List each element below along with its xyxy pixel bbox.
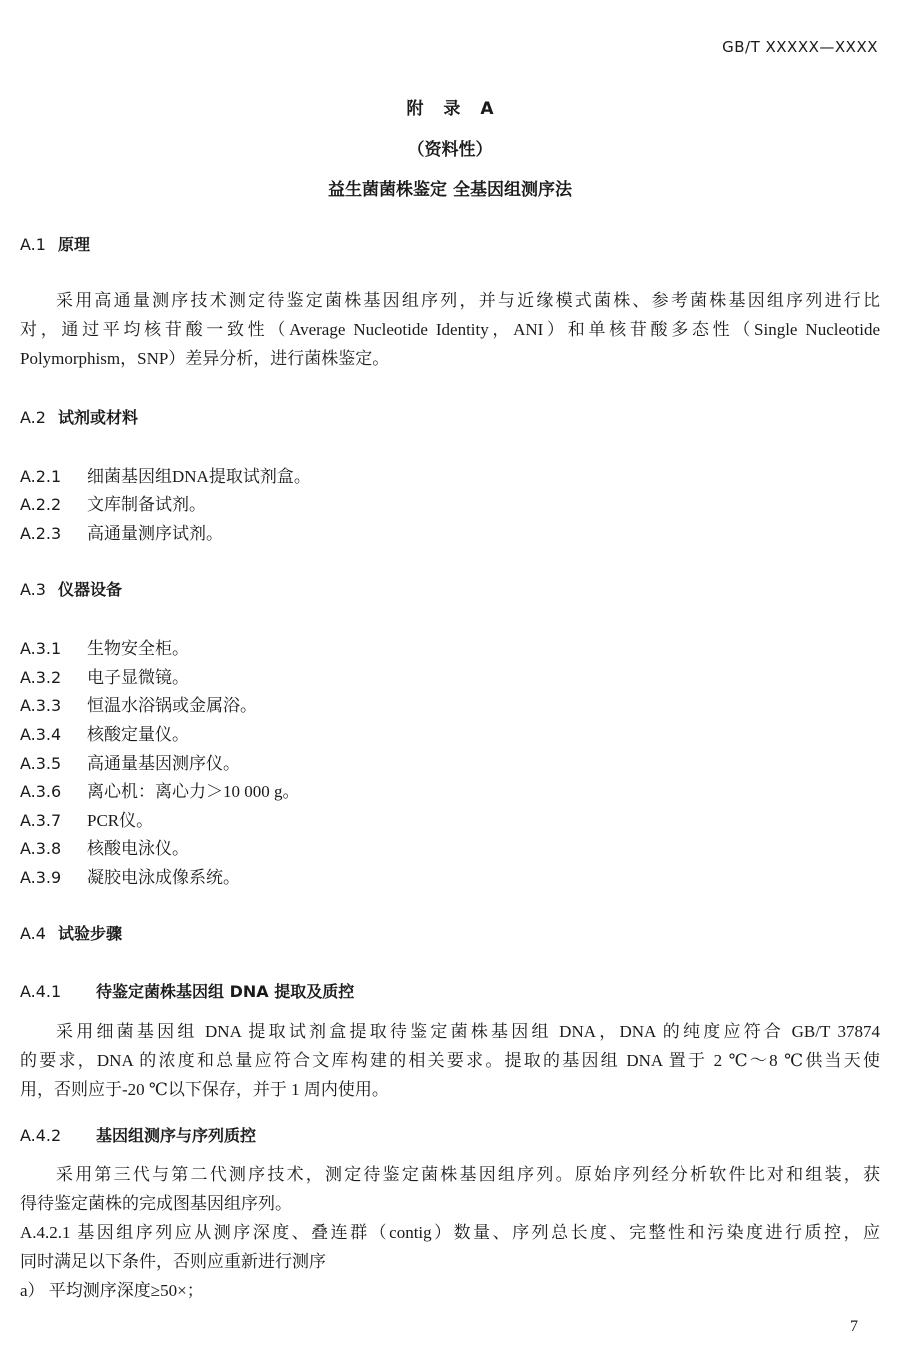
paragraph-line: 采用细菌基因组 DNA 提取试剂盒提取待鉴定菌株基因组 DNA，DNA 的纯度应… (20, 1017, 880, 1046)
section-title: 原理 (58, 235, 90, 254)
item-text: 凝胶电泳成像系统。 (87, 868, 240, 887)
standard-code: GB/T XXXXX—XXXX (722, 38, 878, 56)
section-heading-a2: A.2试剂或材料 (20, 405, 138, 428)
subsection-heading-a42: A.4.2基因组测序与序列质控 (20, 1123, 256, 1146)
item-number: A.3.6 (20, 782, 87, 801)
item-text: 核酸定量仪。 (87, 725, 189, 744)
item-text: 核酸电泳仪。 (87, 839, 189, 858)
list-item: A.3.6离心机：离心力＞10 000 g。 (20, 777, 300, 802)
document-title: 益生菌菌株鉴定 全基因组测序法 (0, 175, 900, 200)
subsection-title: 待鉴定菌株基因组 DNA 提取及质控 (96, 982, 354, 1001)
paragraph-line: 同时满足以下条件，否则应重新进行测序 (20, 1247, 880, 1276)
item-text: 细菌基因组DNA提取试剂盒。 (87, 467, 311, 486)
item-number: A.3.3 (20, 696, 87, 715)
item-number: A.3.7 (20, 811, 87, 830)
list-item: A.2.3高通量测序试剂。 (20, 519, 223, 544)
item-number: A.2.3 (20, 524, 87, 543)
paragraph-line: A.4.2.1 基因组序列应从测序深度、叠连群（contig）数量、序列总长度、… (20, 1218, 880, 1247)
list-item-a: a） 平均测序深度≥50×； (20, 1276, 880, 1305)
item-number: A.2.2 (20, 495, 87, 514)
item-text: 文库制备试剂。 (87, 495, 206, 514)
subsection-number: A.4.2 (20, 1126, 96, 1145)
subsection-number: A.4.1 (20, 982, 96, 1001)
list-item: A.3.3恒温水浴锅或金属浴。 (20, 691, 257, 716)
list-item: A.3.1生物安全柜。 (20, 634, 189, 659)
list-item: A.3.5高通量基因测序仪。 (20, 749, 240, 774)
list-item: A.3.7PCR仪。 (20, 806, 153, 831)
item-text: 电子显微镜。 (87, 668, 189, 687)
paragraph-line: 采用高通量测序技术测定待鉴定菌株基因组序列，并与近缘模式菌株、参考菌株基因组序列… (20, 286, 880, 315)
item-text: 恒温水浴锅或金属浴。 (87, 696, 257, 715)
section-heading-a4: A.4试验步骤 (20, 921, 122, 944)
page-number: 7 (850, 1318, 858, 1336)
item-number: A.3.9 (20, 868, 87, 887)
list-item: A.2.1细菌基因组DNA提取试剂盒。 (20, 462, 311, 487)
paragraph-line: 得待鉴定菌株的完成图基因组序列。 (20, 1189, 880, 1218)
item-number: A.3.5 (20, 754, 87, 773)
paragraph-line: 用，否则应于-20 ℃以下保存，并于 1 周内使用。 (20, 1075, 880, 1104)
item-text: 高通量基因测序仪。 (87, 754, 240, 773)
list-item: A.3.9凝胶电泳成像系统。 (20, 863, 240, 888)
paragraph-line: 采用第三代与第二代测序技术，测定待鉴定菌株基因组序列。原始序列经分析软件比对和组… (20, 1160, 880, 1189)
item-number: A.3.4 (20, 725, 87, 744)
item-text: 生物安全柜。 (87, 639, 189, 658)
paragraph-line: 对，通过平均核苷酸一致性（Average Nucleotide Identity… (20, 315, 880, 344)
paragraph-line: Polymorphism，SNP）差异分析，进行菌株鉴定。 (20, 344, 880, 373)
section-number: A.2 (20, 408, 58, 427)
section-heading-a3: A.3仪器设备 (20, 577, 122, 600)
appendix-title: 附 录 A (0, 94, 900, 119)
item-number: A.3.1 (20, 639, 87, 658)
subsection-heading-a41: A.4.1待鉴定菌株基因组 DNA 提取及质控 (20, 979, 354, 1002)
section-number: A.1 (20, 235, 58, 254)
item-number: A.2.1 (20, 467, 87, 486)
item-text: 高通量测序试剂。 (87, 524, 223, 543)
list-item: A.2.2文库制备试剂。 (20, 490, 206, 515)
section-number: A.4 (20, 924, 58, 943)
item-text: PCR仪。 (87, 811, 153, 830)
item-text: 离心机：离心力＞10 000 g。 (87, 782, 300, 801)
paragraph-principle: 采用高通量测序技术测定待鉴定菌株基因组序列，并与近缘模式菌株、参考菌株基因组序列… (20, 286, 880, 373)
item-number: A.3.8 (20, 839, 87, 858)
paragraph-dna-extraction: 采用细菌基因组 DNA 提取试剂盒提取待鉴定菌株基因组 DNA，DNA 的纯度应… (20, 1017, 880, 1104)
section-heading-a1: A.1原理 (20, 232, 90, 255)
list-item: A.3.2电子显微镜。 (20, 663, 189, 688)
paragraph-line: 的要求，DNA 的浓度和总量应符合文库构建的相关要求。提取的基因组 DNA 置于… (20, 1046, 880, 1075)
list-item: A.3.4核酸定量仪。 (20, 720, 189, 745)
section-title: 试剂或材料 (58, 408, 138, 427)
paragraph-sequencing: 采用第三代与第二代测序技术，测定待鉴定菌株基因组序列。原始序列经分析软件比对和组… (20, 1160, 880, 1305)
list-item: A.3.8核酸电泳仪。 (20, 834, 189, 859)
item-number: A.3.2 (20, 668, 87, 687)
section-number: A.3 (20, 580, 58, 599)
subsection-title: 基因组测序与序列质控 (96, 1126, 256, 1145)
section-title: 仪器设备 (58, 580, 122, 599)
section-title: 试验步骤 (58, 924, 122, 943)
appendix-type: （资料性） (0, 135, 900, 160)
